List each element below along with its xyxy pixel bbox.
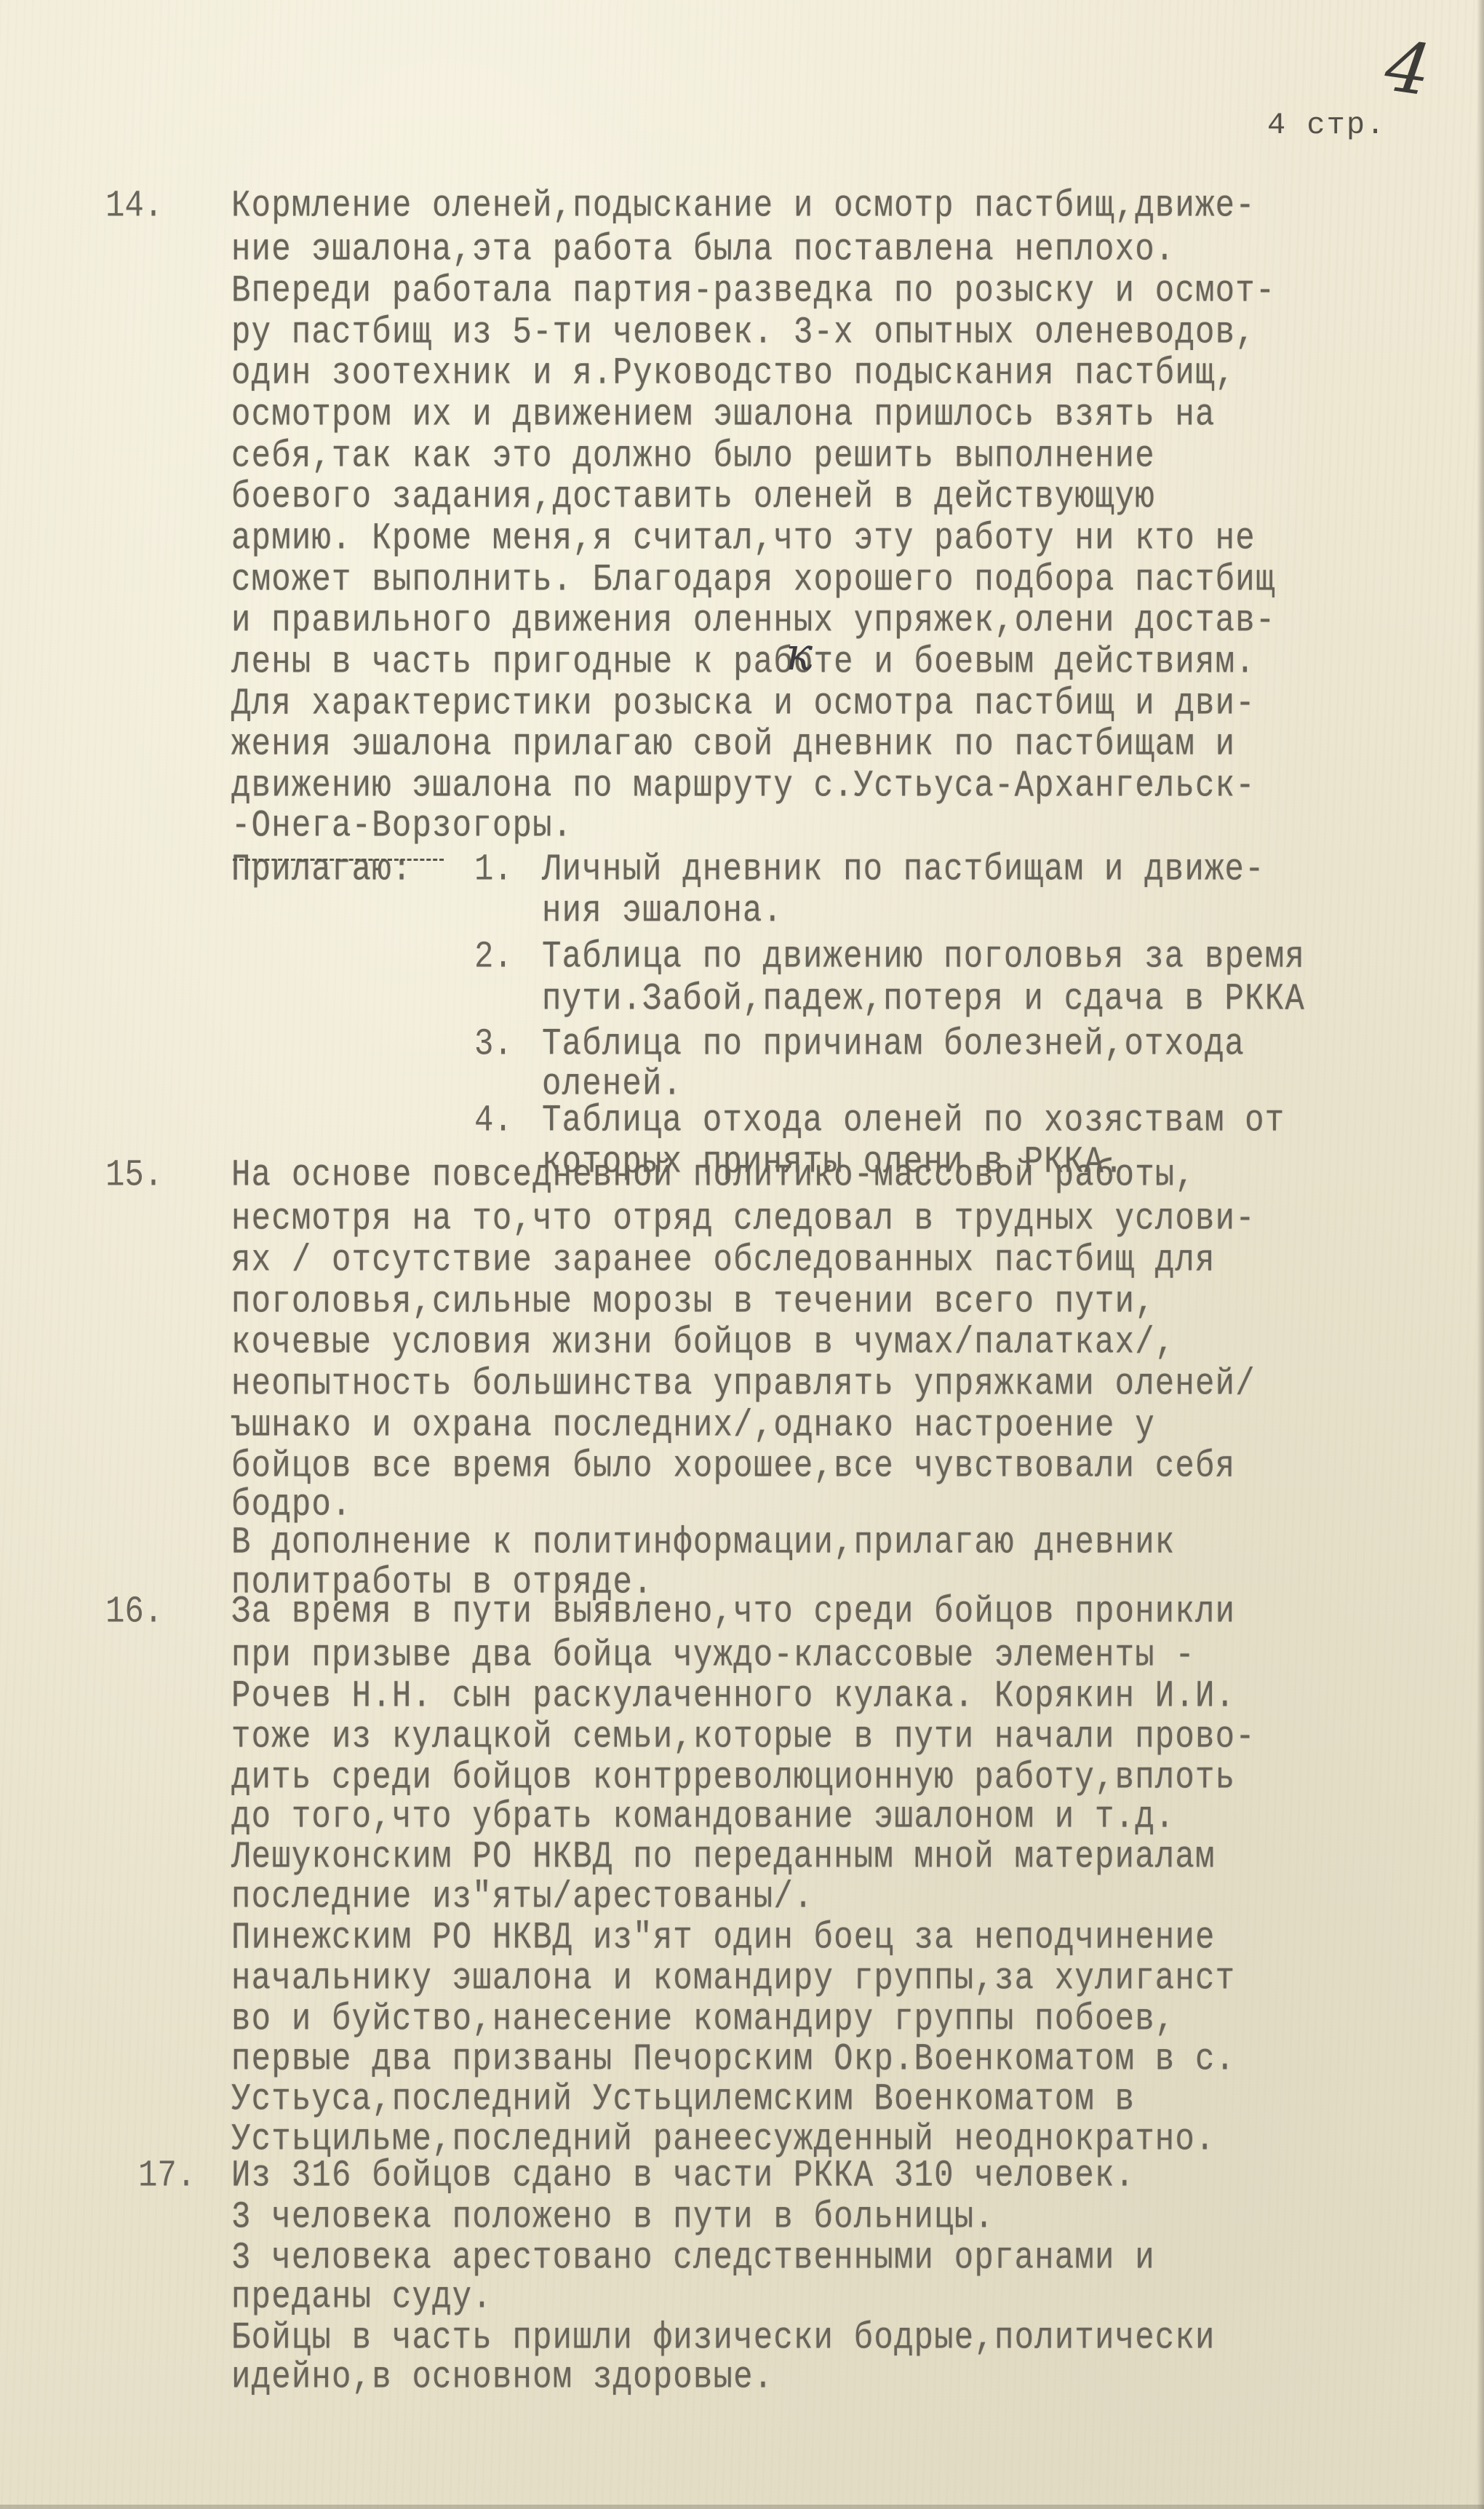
section-number: 17.: [138, 2150, 196, 2202]
attachments-label-underline: [233, 859, 444, 861]
paper-edge-right: [1477, 0, 1484, 2509]
document-page: 4 4 стр. 14. Кормление оленей,подыскание…: [0, 0, 1484, 2509]
attachment-number: 4.: [474, 1095, 513, 1147]
attachment-line: ния эшалона.: [542, 886, 783, 937]
attachments-label: Прилагаю:: [231, 844, 412, 896]
section-number: 16.: [105, 1586, 163, 1638]
handwritten-correction: к: [786, 627, 813, 680]
attachment-number: 1.: [474, 844, 513, 896]
typed-page-number: 4 стр.: [1267, 108, 1386, 143]
section-number: 14.: [105, 180, 163, 232]
attachment-number: 3.: [474, 1019, 513, 1070]
paper-edge-bottom: [0, 2505, 1484, 2509]
handwritten-page-number: 4: [1381, 25, 1436, 111]
text-line: бойцов все время было хорошее,все чувств…: [231, 1441, 1235, 1492]
attachment-number: 2.: [474, 931, 513, 983]
attachment-line: пути.Забой,падеж,потеря и сдача в РККА: [542, 974, 1305, 1025]
section-number: 15.: [105, 1150, 163, 1201]
text-line: идейно,в основном здоровые.: [231, 2352, 773, 2403]
